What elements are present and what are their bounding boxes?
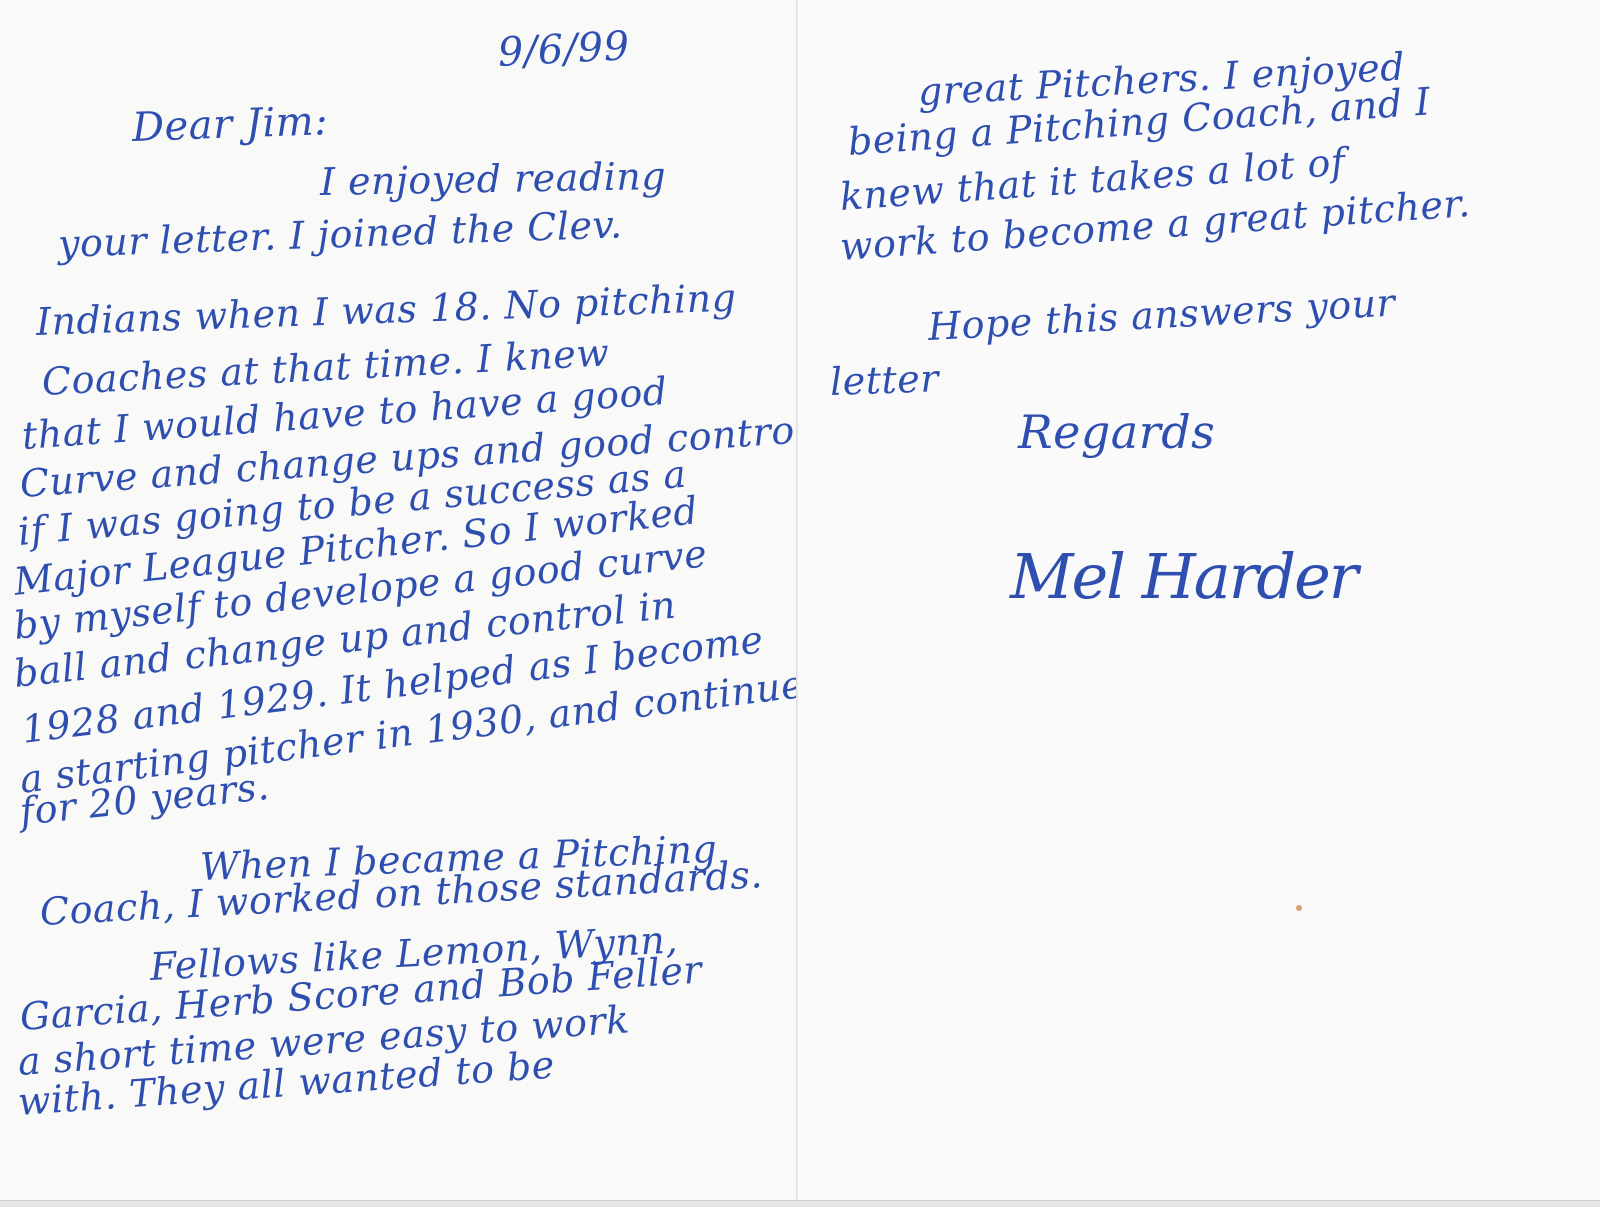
letter-line: your letter. I joined the Clev.: [57, 202, 623, 266]
signature: Mel Harder: [1010, 540, 1356, 613]
paper-stain: [1296, 905, 1302, 911]
scan-edge: [0, 1200, 1600, 1207]
letter-line: Indians when I was 18. No pitching: [35, 276, 737, 344]
letter-line: letter: [829, 356, 939, 404]
left-page: 9/6/99 Dear Jim: I enjoyed reading your …: [0, 0, 797, 1200]
letter-line: I enjoyed reading: [320, 154, 667, 204]
scanned-letter: 9/6/99 Dear Jim: I enjoyed reading your …: [0, 0, 1600, 1207]
closing: Regards: [1018, 405, 1215, 459]
letter-line: Hope this answers your: [927, 281, 1396, 349]
salutation: Dear Jim:: [131, 98, 329, 151]
letter-date: 9/6/99: [497, 23, 631, 76]
